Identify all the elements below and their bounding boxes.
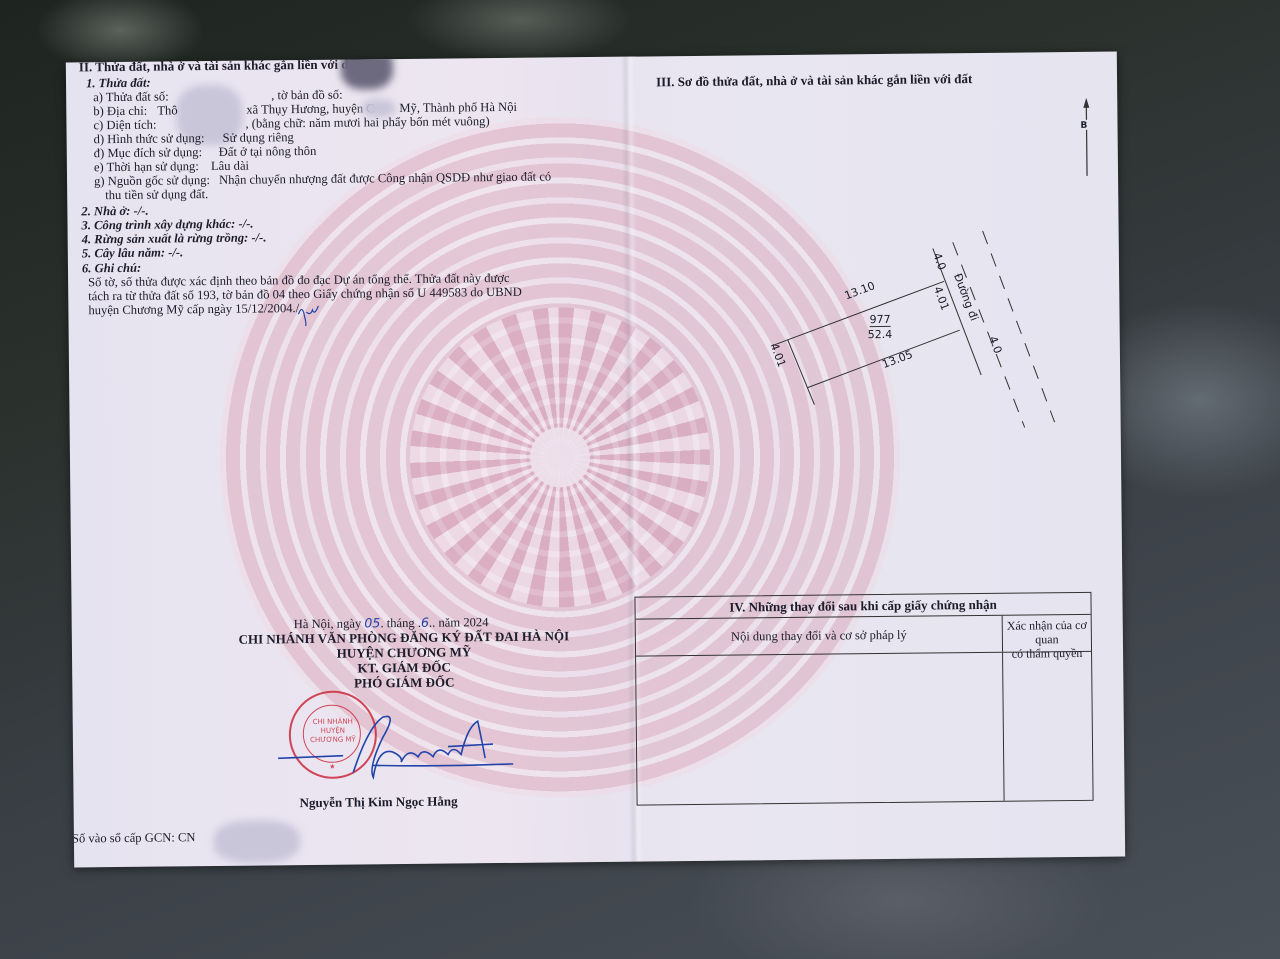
notes-line3: huyện Chương Mỹ cấp ngày 15/12/2004./ — [88, 301, 299, 318]
year-label: năm 2024 — [438, 615, 488, 630]
map-sheet-label: , tờ bản đồ số: — [271, 88, 343, 103]
month-label: tháng — [387, 616, 415, 630]
land-use-certificate-page: II. Thửa đất, nhà ở và tài sản khác gắn … — [66, 52, 1125, 868]
use-form-value: Sử dụng riêng — [223, 130, 294, 145]
changes-table-header: Nội dung thay đổi và cơ sở pháp lý Xác n… — [636, 615, 1091, 657]
registry-number-label: Số vào sổ cấp GCN: CN — [72, 830, 196, 846]
area-words: , (bằng chữ: năm mươi hai phẩy bốn mét v… — [245, 114, 489, 131]
parcel-number: 977 — [869, 314, 890, 327]
purpose-value: Đất ở tại nông thôn — [219, 144, 317, 160]
address-value-start: Thô — [157, 103, 177, 118]
area-label: c) Diện tích: — [93, 118, 156, 133]
perennial-item: 5. Cây lâu năm: -/-. — [82, 245, 184, 261]
signature — [273, 706, 524, 789]
parcel-diagram — [758, 217, 1050, 420]
address-label: b) Địa chỉ: — [93, 104, 147, 119]
term-value: Lâu dài — [211, 159, 249, 174]
changes-table: IV. Những thay đổi sau khi cấp giấy chứn… — [634, 592, 1093, 806]
address-value-end: Mỹ, Thành phố Hà Nội — [399, 100, 517, 116]
column-authority-confirmation: Xác nhận của cơ quan có thẩm quyền — [1003, 615, 1091, 652]
date-day: 05 — [364, 615, 380, 630]
redaction — [214, 820, 300, 863]
parcel-no-label: a) Thửa đất số: — [93, 89, 169, 104]
initials-mark — [296, 300, 326, 328]
parcel-area: 52.4 — [868, 328, 893, 343]
change-content-cell — [636, 653, 1005, 805]
date-prefix: Hà Nội, ngày — [294, 616, 362, 631]
signer-name: Nguyễn Thị Kim Ngọc Hằng — [300, 794, 458, 810]
land-heading: 1. Thửa đất: — [86, 76, 151, 91]
house-item: 2. Nhà ở: -/-. — [81, 204, 148, 219]
section2-title: II. Thửa đất, nhà ở và tài sản khác gắn … — [79, 57, 360, 75]
column-authority-line2: có thẩm quyền — [1003, 646, 1091, 661]
drum-center — [530, 427, 591, 488]
notes-heading: 6. Ghi chú: — [82, 261, 141, 276]
redaction — [341, 52, 393, 90]
column-authority-line1: Xác nhận của cơ quan — [1003, 618, 1091, 647]
section3-title: III. Sơ đồ thửa đất, nhà ở và tài sản kh… — [656, 72, 972, 90]
origin-value-line2: thu tiền sử dụng đất. — [105, 187, 208, 203]
date-month: 6 — [421, 615, 429, 630]
north-arrow-icon — [1076, 98, 1097, 178]
changes-table-body — [636, 652, 1093, 805]
north-label: B — [1080, 119, 1087, 134]
column-change-content: Nội dung thay đổi và cơ sở pháp lý — [636, 616, 1003, 656]
